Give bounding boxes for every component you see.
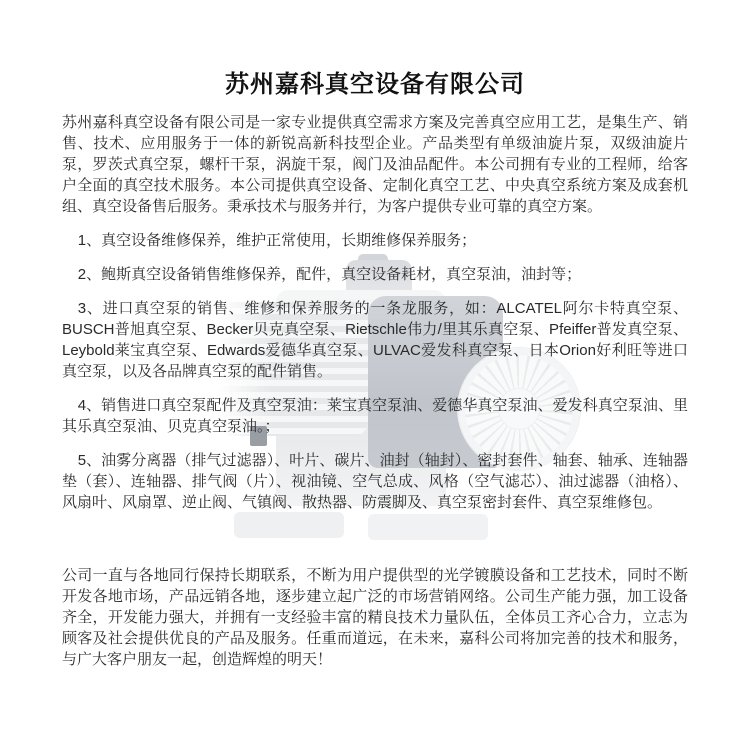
list-item-5: 5、油雾分离器（排气过滤器）、叶片、碳片、油封（轴封）、密封套件、轴套、轴承、连… (62, 450, 688, 513)
company-profile-document: 苏州嘉科真空设备有限公司 苏州嘉科真空设备有限公司是一家专业提供真空需求方案及完… (0, 0, 750, 670)
page-title: 苏州嘉科真空设备有限公司 (62, 70, 688, 100)
list-item-4: 4、销售进口真空泵配件及真空泵油：莱宝真空泵油、爱德华真空泵油、爱发科真空泵油、… (62, 395, 688, 437)
intro-paragraph: 苏州嘉科真空设备有限公司是一家专业提供真空需求方案及完善真空应用工艺，是集生产、… (62, 112, 688, 217)
list-item-1: 1、真空设备维修保养，维护正常使用，长期维修保养服务； (62, 230, 688, 251)
closing-paragraph: 公司一直与各地同行保持长期联系，不断为用户提供型的光学镀膜设备和工艺技术，同时不… (62, 565, 688, 670)
list-item-3: 3、进口真空泵的销售、维修和保养服务的一条龙服务，如：ALCATEL阿尔卡特真空… (62, 298, 688, 382)
list-item-2: 2、鲍斯真空设备销售维修保养，配件，真空设备耗材，真空泵油，油封等； (62, 264, 688, 285)
